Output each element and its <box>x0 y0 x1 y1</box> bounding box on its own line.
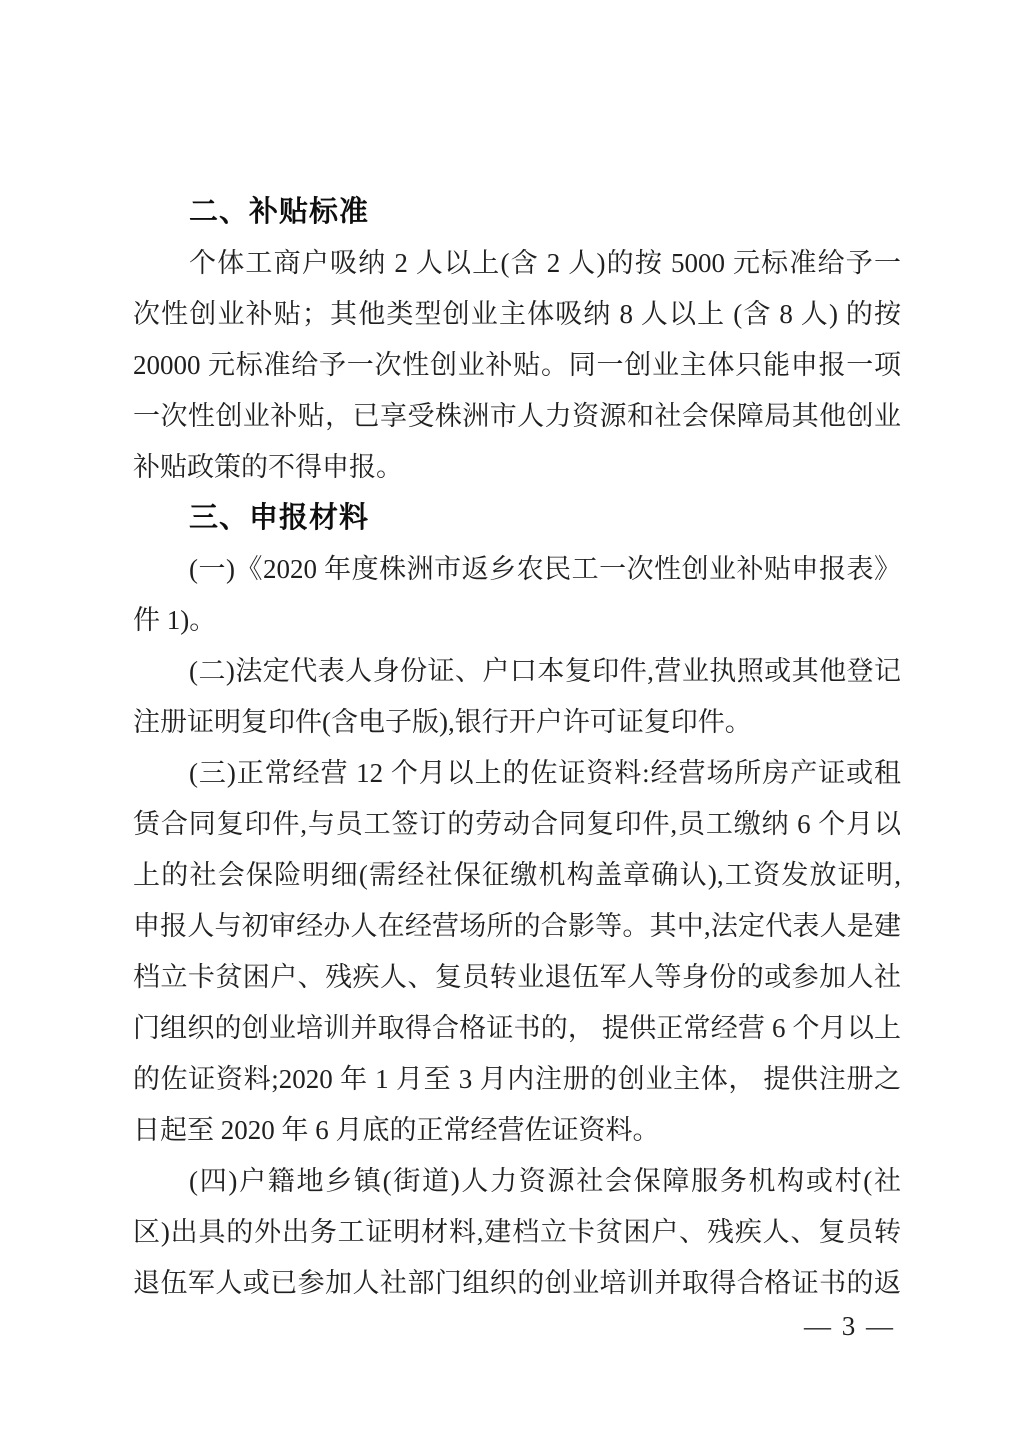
text-line: 赁合同复印件,与员工签订的劳动合同复印件,员工缴纳 6 个月以 <box>133 799 901 850</box>
text-line: 件 1)。 <box>133 595 901 646</box>
text-line: 的佐证资料;2020 年 1 月至 3 月内注册的创业主体， 提供注册之 <box>133 1054 901 1105</box>
text-line: 个体工商户吸纳 2 人以上(含 2 人)的按 5000 元标准给予一 <box>133 238 901 289</box>
text-line: (二)法定代表人身份证、户口本复印件,营业执照或其他登记 <box>133 646 901 697</box>
text-line: (四)户籍地乡镇(街道)人力资源社会保障服务机构或村(社 <box>133 1156 901 1207</box>
document-page: 二、补贴标准个体工商户吸纳 2 人以上(含 2 人)的按 5000 元标准给予一… <box>0 0 1024 1449</box>
text-line: 上的社会保险明细(需经社保征缴机构盖章确认),工资发放证明, <box>133 850 901 901</box>
text-line: 门组织的创业培训并取得合格证书的， 提供正常经营 6 个月以上 <box>133 1003 901 1054</box>
text-line: 次性创业补贴；其他类型创业主体吸纳 8 人以上 (含 8 人) 的按 <box>133 289 901 340</box>
document-content: 二、补贴标准个体工商户吸纳 2 人以上(含 2 人)的按 5000 元标准给予一… <box>133 187 901 1309</box>
section-heading: 三、申报材料 <box>133 493 901 544</box>
text-line: (三)正常经营 12 个月以上的佐证资料:经营场所房产证或租 <box>133 748 901 799</box>
page-number: — 3 — <box>133 1308 895 1344</box>
text-line: 补贴政策的不得申报。 <box>133 442 901 493</box>
text-line: 区)出具的外出务工证明材料,建档立卡贫困户、残疾人、复员转业 <box>133 1207 901 1258</box>
text-line: 20000 元标准给予一次性创业补贴。同一创业主体只能申报一项 <box>133 340 901 391</box>
text-line: (一)《2020 年度株洲市返乡农民工一次性创业补贴申报表》(附 <box>133 544 901 595</box>
text-line: 一次性创业补贴，已享受株洲市人力资源和社会保障局其他创业 <box>133 391 901 442</box>
text-line: 日起至 2020 年 6 月底的正常经营佐证资料。 <box>133 1105 901 1156</box>
text-line: 档立卡贫困户、残疾人、复员转业退伍军人等身份的或参加人社部 <box>133 952 901 1003</box>
text-line: 退伍军人或已参加人社部门组织的创业培训并取得合格证书的返 <box>133 1258 901 1309</box>
section-heading: 二、补贴标准 <box>133 187 901 238</box>
text-line: 注册证明复印件(含电子版),银行开户许可证复印件。 <box>133 697 901 748</box>
text-line: 申报人与初审经办人在经营场所的合影等。其中,法定代表人是建 <box>133 901 901 952</box>
